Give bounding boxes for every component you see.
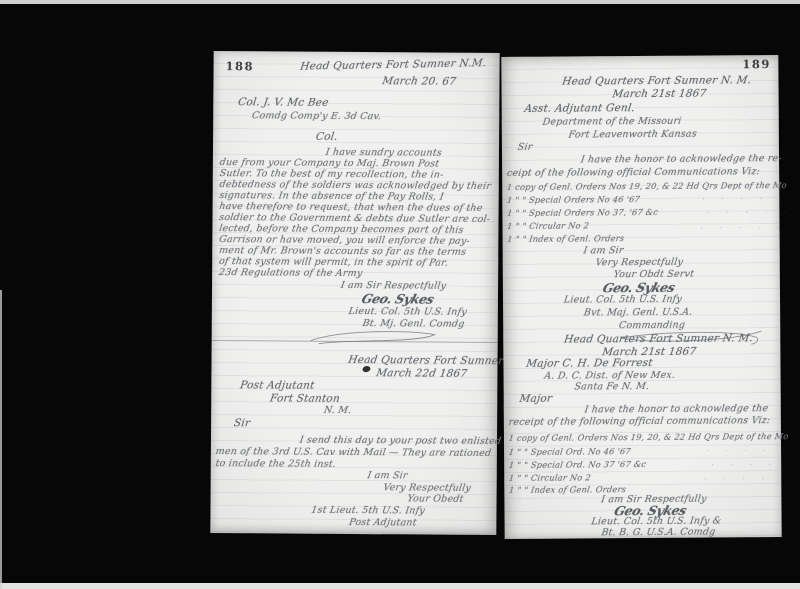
signature-rank: 1st Lieut. 5th U.S. Infy (310, 505, 425, 517)
letter-heading-place: Head Quarters Fort Sumner N. M. (563, 332, 753, 345)
ditto-dots: · · · · · · (700, 223, 800, 233)
letter-closing: I am Sir (367, 470, 409, 481)
ditto-dots: · · · · · · (711, 460, 800, 470)
letter-closing: I am Sir Respectfully (340, 280, 447, 292)
receipt-list-line: 1 " " Circular No 2 (508, 472, 591, 483)
letter-closing: Your Obedt (407, 493, 465, 504)
signature-rank: Lieut. Col. 5th U.S. Infy (563, 294, 683, 306)
letter-body-line: I have sundry accounts (325, 147, 443, 159)
letter-addressee-territory: N. M. (323, 405, 352, 416)
letter-heading-date: March 22d 1867 (375, 367, 468, 380)
signature: Geo. Sykes (360, 291, 436, 306)
letter-addressee-unit: Comdg Comp'y E. 3d Cav. (251, 110, 382, 122)
letter-closing: Very Respectfully (595, 257, 684, 269)
letter-addressee-post: Santa Fe N. M. (574, 381, 650, 393)
scan-top-edge (0, 0, 800, 4)
letter-body-line: I have the honor to acknowledge the (584, 403, 769, 415)
receipt-list-line: 1 " " Circular No 2 (507, 220, 590, 231)
letter-closing: I am Sir (583, 245, 625, 256)
receipt-list-line: 1 copy of Genl. Orders Nos 19, 20, & 22 … (508, 431, 789, 443)
receipt-list-line: 1 " " Index of Genl. Orders (507, 233, 625, 244)
signature-rank: Bvt. Maj. Genl. U.S.A. (583, 307, 693, 319)
ditto-dots: · · · · · · (702, 194, 800, 204)
letter-heading-place: Head Quarters Fort Sumner N.M. (300, 57, 487, 73)
letter-heading-date: March 20. 67 (381, 75, 457, 88)
receipt-list-line: 1 " " Special Ord. No 46 '67 (508, 446, 631, 457)
ledger-page-left: 188 Head Quarters Fort Sumner N.M. March… (210, 51, 499, 535)
letter-heading-place: Head Quarters Fort Sumner N. (347, 354, 520, 367)
ink-blot (362, 365, 371, 373)
page-number: 188 (226, 59, 255, 73)
ledger-page-right: 189 Head Quarters Fort Sumner N. M. Marc… (501, 55, 781, 539)
signature-flourish (307, 329, 447, 348)
letter-body-line: ceipt of the following official Communic… (506, 166, 760, 179)
letter-salutation: Sir (233, 417, 251, 429)
receipt-list-line: 1 " " Special Ord. No 37 '67 &c (508, 459, 647, 470)
letter-addressee: Asst. Adjutant Genl. (524, 102, 636, 115)
scan-bottom-edge (0, 583, 800, 589)
signature-rank: Lieut. Col. 5th U.S. Infy (348, 306, 468, 318)
ditto-dots: · · · · · · (706, 446, 800, 456)
letter-body-line: men of the 3rd U.S. Cav with Mail — They… (215, 446, 492, 459)
letter-body-line: I send this day to your post two enliste… (299, 435, 502, 447)
ditto-dots: · · · · · · (704, 474, 800, 484)
letter-heading-date: March 21st 1867 (612, 88, 708, 101)
signature-rank: Bt. B. G. U.S.A. Comdg (601, 526, 716, 538)
letter-addressee-dept: A. D. C. Dist. of New Mex. (544, 370, 676, 382)
page-number: 189 (742, 57, 771, 71)
letter-salutation: Col. (315, 131, 339, 143)
letter-addressee: Major C. H. De Forrest (526, 357, 654, 370)
letter-closing: Your Obdt Servt (613, 269, 695, 281)
letter-closing: Very Respectfully (383, 482, 472, 494)
letter-body-line: I have the honor to acknowledge the re- (580, 153, 782, 165)
signature-rank: Post Adjutant (348, 517, 417, 528)
letter-body-line: to include the 25th inst. (215, 458, 337, 470)
letter-salutation: Major (519, 393, 553, 405)
letter-addressee-post: Fort Stanton (269, 392, 341, 404)
letter-body-line: receipt of the following official commun… (508, 415, 771, 428)
letter-body-line: 23d Regulations of the Army (218, 267, 363, 279)
signature-rank: Lieut. Col. 5th U.S. Infy & (591, 515, 722, 527)
receipt-list-line: 1 " " Special Orders No 37, '67 &c (506, 207, 658, 218)
receipt-list-line: 1 " " Special Orders No 46 '67 (506, 194, 640, 205)
scan-left-edge (0, 290, 2, 589)
letter-addressee-post: Fort Leavenworth Kansas (568, 129, 698, 141)
ditto-dots: · · · · · · (707, 208, 800, 218)
letter-salutation: Sir (517, 142, 533, 153)
letter-addressee-dept: Department of the Missouri (542, 116, 682, 128)
letter-heading-place: Head Quarters Fort Sumner N. M. (562, 74, 752, 87)
microfilm-scan: 188 Head Quarters Fort Sumner N.M. March… (0, 0, 800, 589)
letter-addressee: Post Adjutant (239, 379, 315, 392)
signature-rank: Bt. Mj. Genl. Comdg (362, 318, 466, 330)
letter-addressee: Col. J. V. Mc Bee (237, 96, 329, 109)
receipt-list-line: 1 copy of Genl. Orders Nos 19, 20, & 22 … (506, 180, 787, 192)
